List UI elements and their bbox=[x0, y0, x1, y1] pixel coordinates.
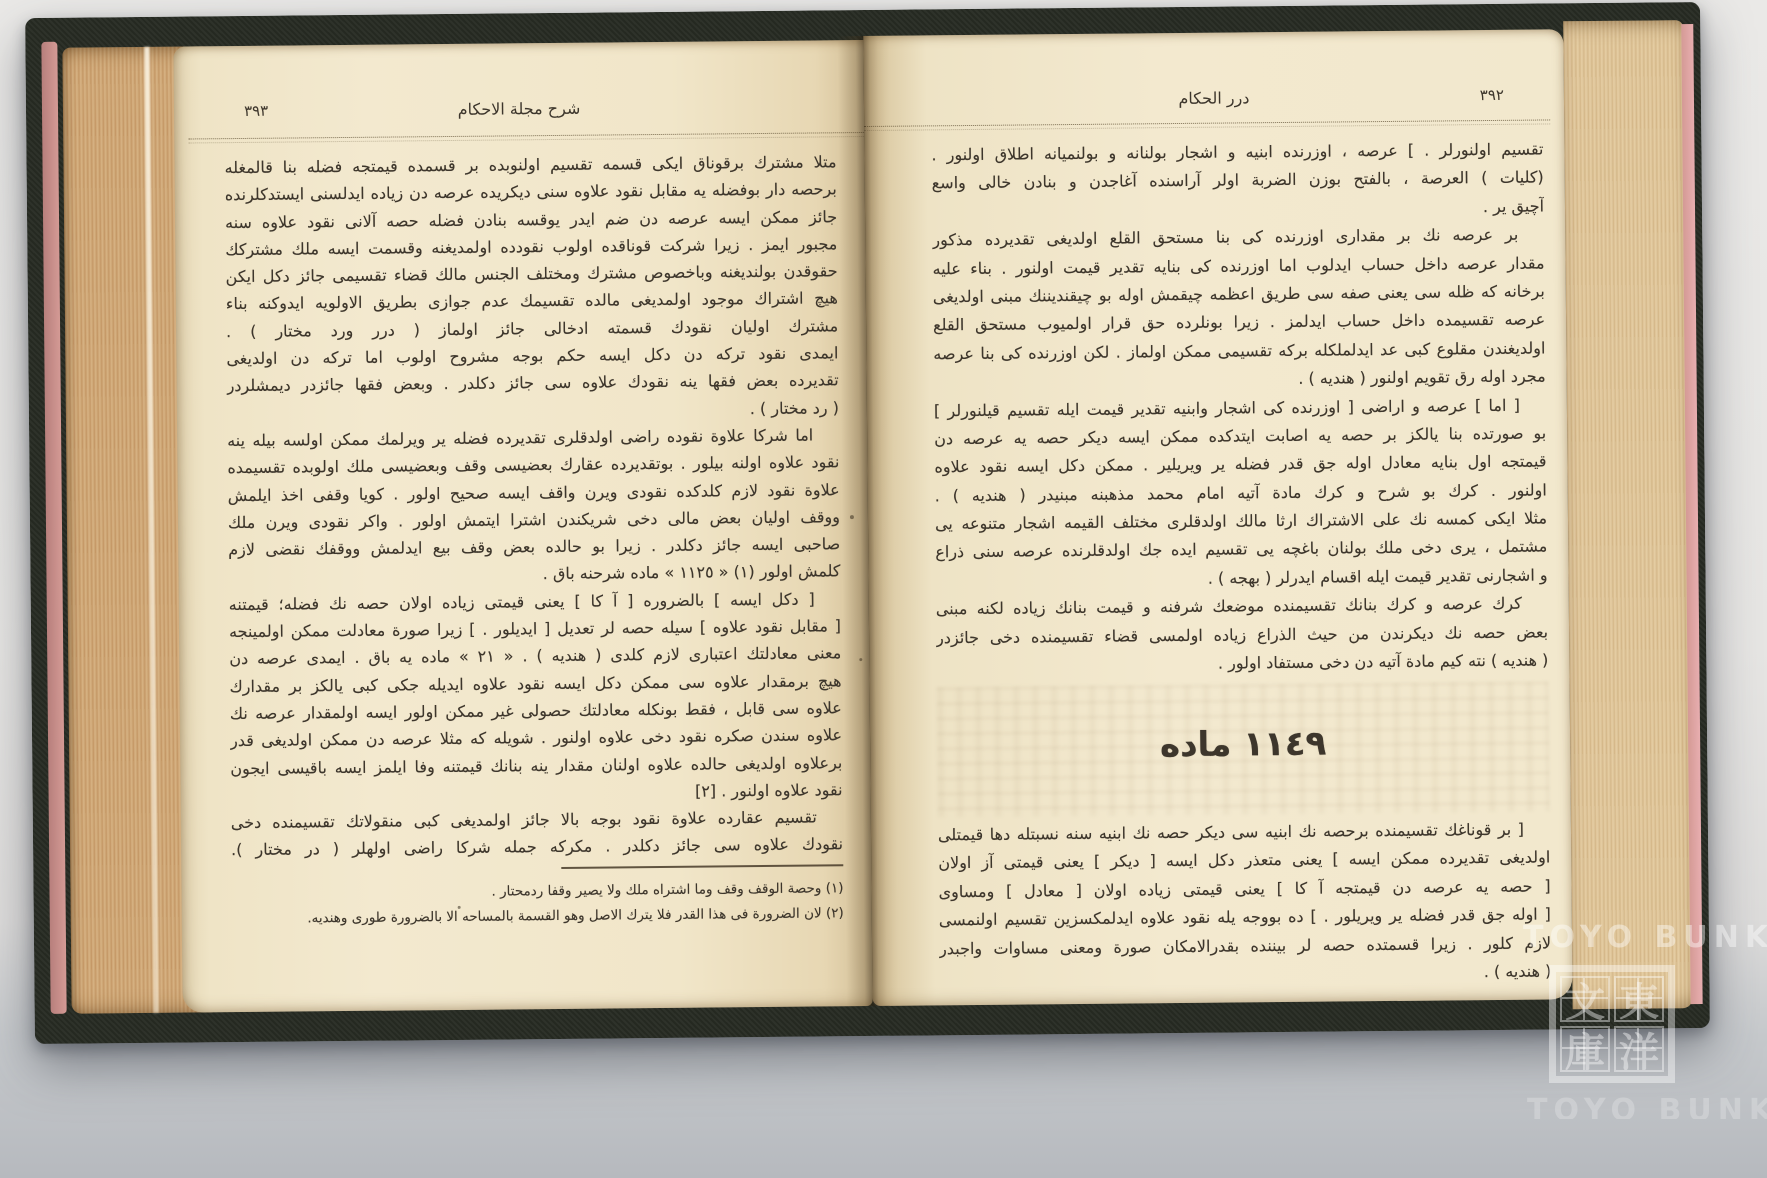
right-page-number: ٣٩٢ bbox=[1480, 86, 1504, 104]
article-heading: ١١٤٩ ماده bbox=[937, 721, 1549, 767]
left-page-footnotes: (١) وحصة الوقف وقف وما اشتراه ملك ولا يص… bbox=[231, 876, 843, 932]
text-line: لازم كلور . زيرا قسمتده حصه لر بيننده بق… bbox=[939, 929, 1551, 963]
footnote-line: (٢) لان الضرورة فى هذا القدر فلا يترك ال… bbox=[232, 901, 844, 932]
ink-speck bbox=[859, 658, 862, 661]
right-page: درر الحكام ٣٩٢ تقسيم اولنورلر . ] عرصه ،… bbox=[863, 29, 1572, 1006]
right-page-title: درر الحكام bbox=[864, 85, 1564, 111]
photo-background: ٣٩٣ شرح مجلة الاحكام متلا مشترك برقوناق … bbox=[0, 0, 1767, 1178]
left-page-text: متلا مشترك برقوناق ايكى قسمه تقسيم اولنو… bbox=[224, 148, 843, 864]
book: ٣٩٣ شرح مجلة الاحكام متلا مشترك برقوناق … bbox=[25, 2, 1710, 1044]
text-line: (كليات ) العرصة ، بالفتح بوزن الضربة اول… bbox=[932, 164, 1544, 198]
text-line: ( هنديه ) . bbox=[939, 957, 1551, 991]
page-edges-right bbox=[1563, 20, 1692, 1009]
text-line: نقودك علاوه سى جائز دكلدر . مكركه جمله ش… bbox=[231, 831, 843, 864]
header-rule-left bbox=[188, 132, 864, 143]
right-page-text: تقسيم اولنورلر . ] عرصه ، اوزرنده ابنيه … bbox=[931, 135, 1548, 680]
footnote-rule bbox=[561, 864, 843, 869]
left-page-header: ٣٩٣ شرح مجلة الاحكام bbox=[174, 96, 864, 129]
header-rule-right bbox=[864, 119, 1550, 131]
seal-character: 庫 bbox=[1560, 1026, 1610, 1072]
left-page-title: شرح مجلة الاحكام bbox=[174, 96, 864, 122]
right-page-header: درر الحكام ٣٩٢ bbox=[864, 85, 1564, 118]
ink-speck bbox=[850, 515, 854, 519]
left-page: ٣٩٣ شرح مجلة الاحكام متلا مشترك برقوناق … bbox=[173, 40, 872, 1013]
watermark-partial-text: TOYO BUNKO bbox=[1527, 1093, 1767, 1119]
ink-speck bbox=[458, 906, 461, 909]
right-page-text-after-heading: [ بر قوناغك تقسيمنده برحصه نك ابنيه سى د… bbox=[938, 815, 1552, 991]
text-line: ( هنديه ) نته كيم مادة آتيه دن دخى مستفا… bbox=[936, 647, 1548, 681]
seal-character: 洋 bbox=[1614, 1026, 1664, 1072]
